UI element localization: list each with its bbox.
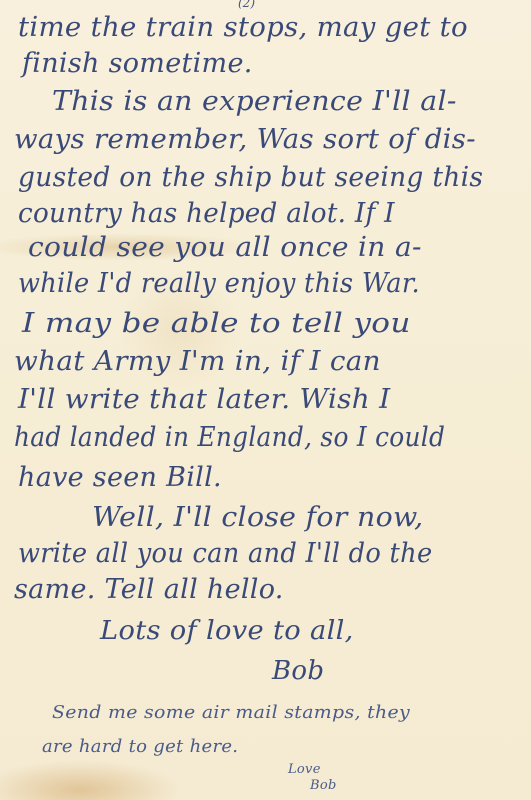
letter-line: have seen Bill. [18,462,222,493]
letter-line: what Army I'm in, if I can [14,346,381,377]
page-number: (2) [238,0,255,10]
postscript-closing: Love [288,762,321,777]
letter-line: I may be able to tell you [22,308,411,339]
letter-line: write all you can and I'll do the [18,538,432,569]
letter-line: This is an experience I'll al- [52,86,457,117]
letter-line: I'll write that later. Wish I [18,384,390,415]
letter-line: same. Tell all hello. [14,574,284,605]
letter-closing: Lots of love to all, [100,616,354,646]
letter-line: time the train stops, may get to [18,12,468,43]
letter-line: country has helped alot. If I [18,198,395,229]
postscript-line: are hard to get here. [42,736,238,757]
letter-signature: Bob [272,656,324,686]
letter-line: had landed in England, so I could [14,422,445,453]
postscript-line: Send me some air mail stamps, they [52,702,410,723]
letter-line: gusted on the ship but seeing this [18,162,483,193]
letter-line: Well, I'll close for now, [92,502,424,533]
letter-line: ways remember, Was sort of dis- [14,124,476,155]
letter-line: could see you all once in a- [28,232,422,263]
letter-line: finish sometime. [22,48,253,79]
letter-page: (2) time the train stops, may get to fin… [0,0,531,800]
postscript-signature: Bob [310,778,337,793]
letter-line: while I'd really enjoy this War. [18,268,420,299]
